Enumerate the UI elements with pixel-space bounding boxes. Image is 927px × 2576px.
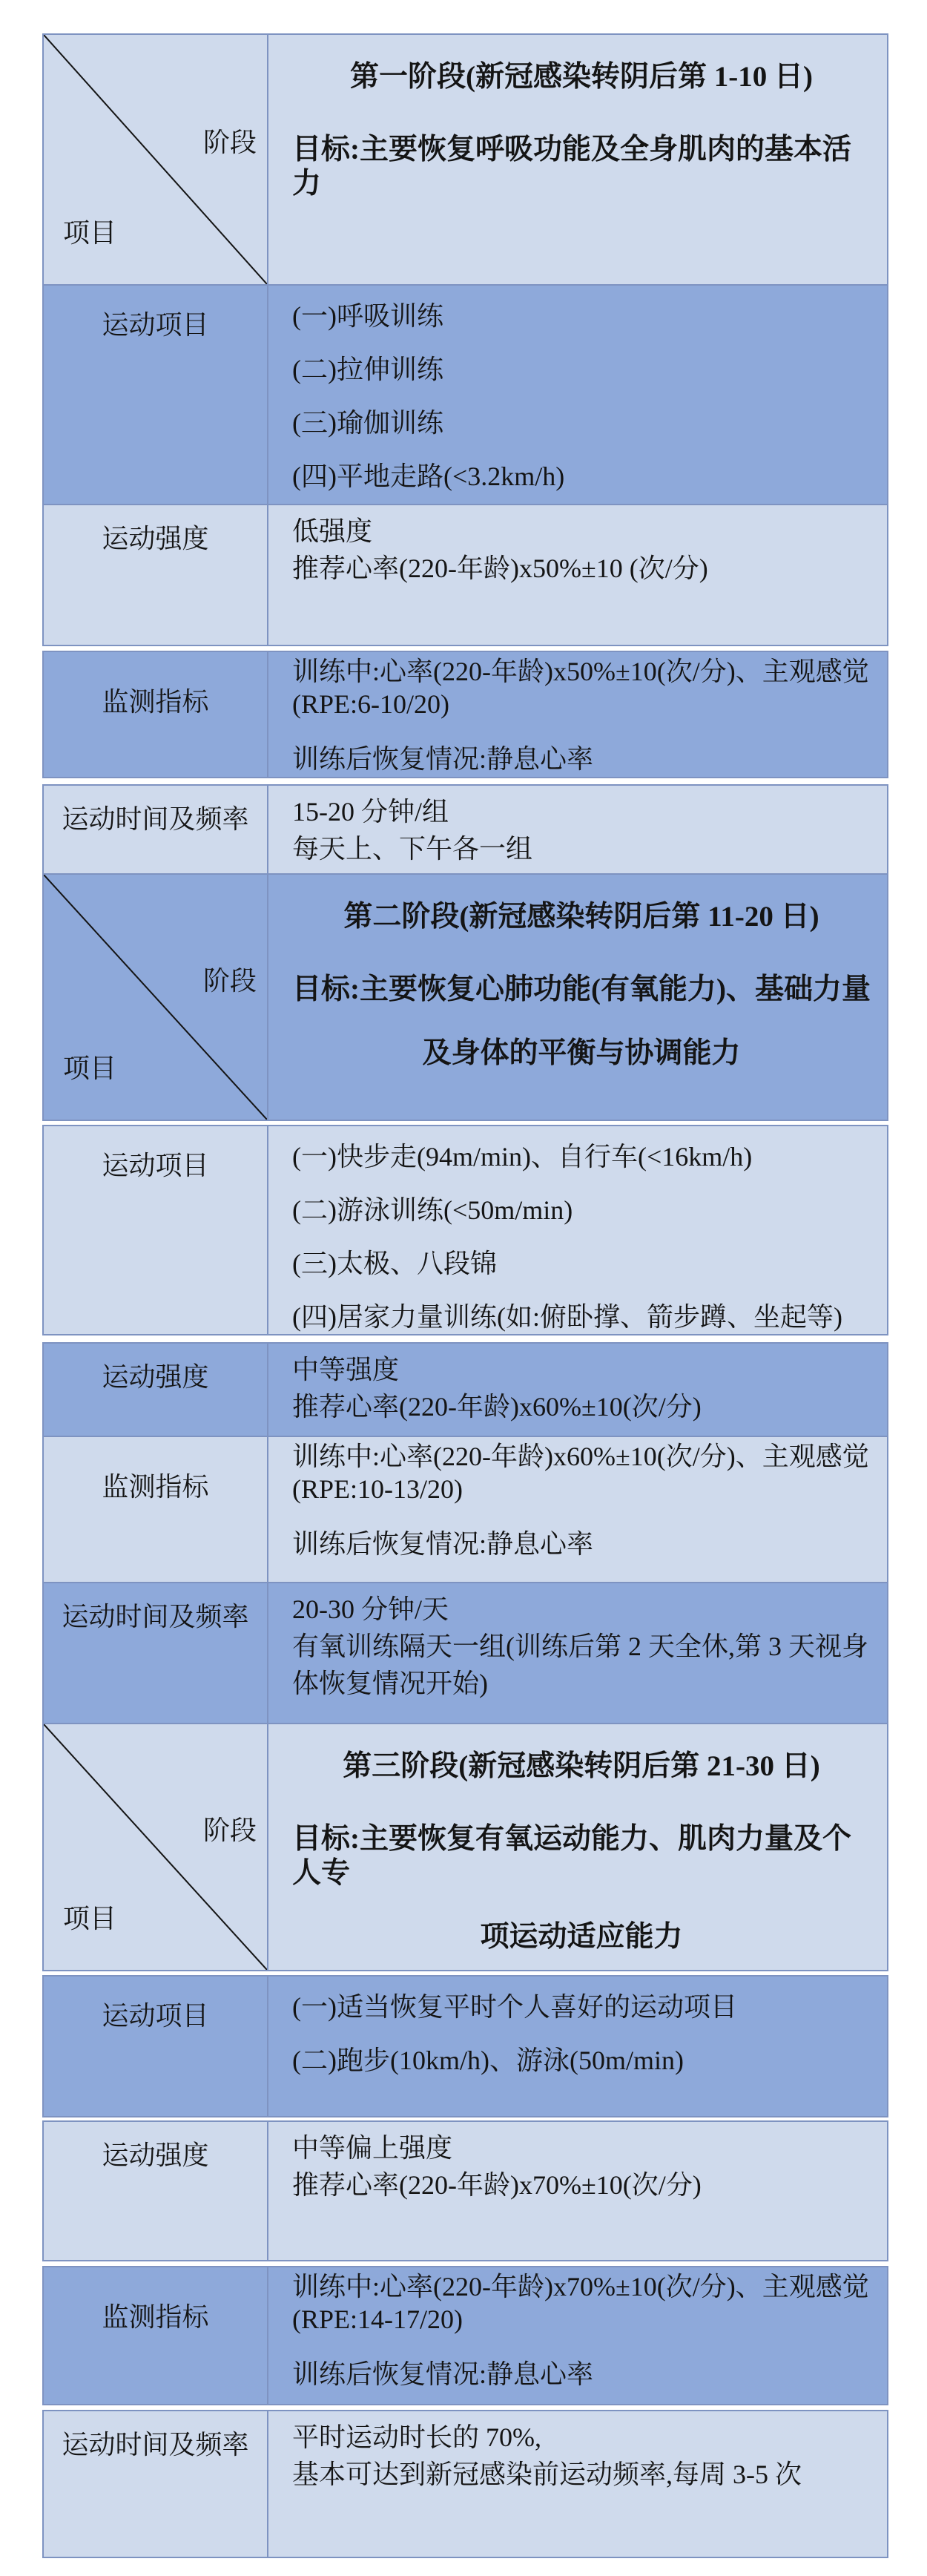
corner-header-cell: 阶段 项目 [44, 1724, 268, 1970]
stage-2-items-label: 运动项目 [44, 1126, 268, 1334]
intensity-line: 中等偏上强度 [292, 2129, 871, 2166]
monitor-after: 训练后恢复情况:静息心率 [292, 1528, 871, 1560]
stage-2-title: 第二阶段(新冠感染转阴后第 11-20 日) [292, 900, 871, 934]
stage-2-time-label: 运动时间及频率 [44, 1583, 268, 1723]
intensity-line: 推荐心率(220-年龄)x50%±10 (次/分) [292, 550, 871, 587]
stage-1-time-label: 运动时间及频率 [44, 786, 268, 873]
stage-3-goal: 目标:主要恢复有氧运动能力、肌肉力量及个人专 [292, 1822, 871, 1890]
monitor-after: 训练后恢复情况:静息心率 [292, 2358, 871, 2391]
stage-3-time-label: 运动时间及频率 [44, 2411, 268, 2557]
stage-3-time-content: 平时运动时长的 70%, 基本可达到新冠感染前运动频率,每周 3-5 次 [268, 2411, 887, 2557]
time-line: 15-20 分钟/组 [292, 793, 871, 830]
stage-2-monitor-content: 训练中:心率(220-年龄)x60%±10(次/分)、主观感觉 (RPE:10-… [268, 1437, 887, 1582]
stage-3-intensity-content: 中等偏上强度 推荐心率(220-年龄)x70%±10(次/分) [268, 2122, 887, 2260]
stage-2-goal-line2: 及身体的平衡与协调能力 [292, 1036, 871, 1071]
intensity-line: 中等强度 [292, 1351, 871, 1388]
intensity-line: 推荐心率(220-年龄)x60%±10(次/分) [292, 1388, 871, 1425]
stage-1-intensity-label: 运动强度 [44, 505, 268, 645]
recovery-plan-table: 阶段 项目 第一阶段(新冠感染转阴后第 1-10 日) 目标:主要恢复呼吸功能及… [42, 33, 888, 2558]
time-line: 每天上、下午各一组 [292, 830, 871, 867]
stage-2-header-content: 第二阶段(新冠感染转阴后第 11-20 日) 目标:主要恢复心肺功能(有氧能力)… [268, 875, 887, 1120]
list-item: (二)跑步(10km/h)、游泳(50m/min) [292, 2045, 871, 2076]
stage-2-intensity-label: 运动强度 [44, 1344, 268, 1436]
stage-1-items-row: 运动项目 (一)呼吸训练 (二)拉伸训练 (三)瑜伽训练 (四)平地走路(<3.… [44, 284, 887, 504]
stage-2-goal: 目标:主要恢复心肺功能(有氧能力)、基础力量 [292, 973, 871, 1007]
stage-1-header-content: 第一阶段(新冠感染转阴后第 1-10 日) 目标:主要恢复呼吸功能及全身肌肉的基… [268, 35, 887, 284]
stage-3-header-row: 阶段 项目 第三阶段(新冠感染转阴后第 21-30 日) 目标:主要恢复有氧运动… [44, 1723, 887, 1970]
stage-1-header-row: 阶段 项目 第一阶段(新冠感染转阴后第 1-10 日) 目标:主要恢复呼吸功能及… [44, 35, 887, 284]
stage-3-monitor-label: 监测指标 [44, 2267, 268, 2404]
stage-2-time-content: 20-30 分钟/天 有氧训练隔天一组(训练后第 2 天全休,第 3 天视身体恢… [268, 1583, 887, 1723]
corner-header-cell: 阶段 项目 [44, 35, 268, 284]
segment-stage3-intensity: 运动强度 中等偏上强度 推荐心率(220-年龄)x70%±10(次/分) [42, 2120, 888, 2261]
segment-stage2-body-stage3-header: 运动强度 中等强度 推荐心率(220-年龄)x60%±10(次/分) 监测指标 … [42, 1342, 888, 1971]
stage-2-intensity-row: 运动强度 中等强度 推荐心率(220-年龄)x60%±10(次/分) [44, 1344, 887, 1436]
stage-1-monitor-row: 监测指标 训练中:心率(220-年龄)x50%±10(次/分)、主观感觉 (RP… [44, 652, 887, 777]
time-line: 平时运动时长的 70%, [292, 2419, 871, 2456]
time-line: 基本可达到新冠感染前运动频率,每周 3-5 次 [292, 2456, 871, 2493]
corner-item-label: 项目 [63, 217, 116, 249]
stage-1-intensity-row: 运动强度 低强度 推荐心率(220-年龄)x50%±10 (次/分) [44, 504, 887, 645]
list-item: (四)平地走路(<3.2km/h) [292, 461, 871, 492]
stage-3-items-content: (一)适当恢复平时个人喜好的运动项目 (二)跑步(10km/h)、游泳(50m/… [268, 1977, 887, 2116]
stage-1-time-content: 15-20 分钟/组 每天上、下午各一组 [268, 786, 887, 873]
segment-stage1-monitor: 监测指标 训练中:心率(220-年龄)x50%±10(次/分)、主观感觉 (RP… [42, 651, 888, 778]
corner-stage-label: 阶段 [203, 1815, 257, 1846]
stage-3-monitor-row: 监测指标 训练中:心率(220-年龄)x70%±10(次/分)、主观感觉 (RP… [44, 2267, 887, 2404]
stage-2-header-row: 阶段 项目 第二阶段(新冠感染转阴后第 11-20 日) 目标:主要恢复心肺功能… [44, 873, 887, 1120]
segment-stage1-time-stage2-header: 运动时间及频率 15-20 分钟/组 每天上、下午各一组 阶段 项目 第二阶段(… [42, 784, 888, 1121]
stage-1-items-content: (一)呼吸训练 (二)拉伸训练 (三)瑜伽训练 (四)平地走路(<3.2km/h… [268, 286, 887, 504]
corner-item-label: 项目 [63, 1903, 116, 1934]
stage-1-intensity-content: 低强度 推荐心率(220-年龄)x50%±10 (次/分) [268, 505, 887, 645]
stage-3-intensity-row: 运动强度 中等偏上强度 推荐心率(220-年龄)x70%±10(次/分) [44, 2122, 887, 2260]
corner-stage-label: 阶段 [203, 127, 257, 158]
corner-stage-label: 阶段 [203, 965, 257, 996]
stage-2-monitor-row: 监测指标 训练中:心率(220-年龄)x60%±10(次/分)、主观感觉 (RP… [44, 1436, 887, 1582]
stage-1-monitor-label: 监测指标 [44, 652, 268, 777]
monitor-during: 训练中:心率(220-年龄)x60%±10(次/分)、主观感觉 (RPE:10-… [292, 1440, 871, 1505]
stage-2-monitor-label: 监测指标 [44, 1437, 268, 1582]
corner-header-cell: 阶段 项目 [44, 875, 268, 1120]
list-item: (一)适当恢复平时个人喜好的运动项目 [292, 1991, 871, 2023]
list-item: (三)瑜伽训练 [292, 407, 871, 438]
intensity-line: 低强度 [292, 513, 871, 550]
segment-stage3-monitor: 监测指标 训练中:心率(220-年龄)x70%±10(次/分)、主观感觉 (RP… [42, 2266, 888, 2405]
segment-stage3-items: 运动项目 (一)适当恢复平时个人喜好的运动项目 (二)跑步(10km/h)、游泳… [42, 1975, 888, 2117]
list-item: (三)太极、八段锦 [292, 1248, 871, 1279]
list-item: (一)快步走(94m/min)、自行车(<16km/h) [292, 1141, 871, 1172]
stage-1-items-label: 运动项目 [44, 286, 268, 504]
stage-3-time-row: 运动时间及频率 平时运动时长的 70%, 基本可达到新冠感染前运动频率,每周 3… [44, 2411, 887, 2557]
list-item: (四)居家力量训练(如:俯卧撑、箭步蹲、坐起等) [292, 1301, 871, 1333]
list-item: (二)游泳训练(<50m/min) [292, 1195, 871, 1226]
segment-stage2-items: 运动项目 (一)快步走(94m/min)、自行车(<16km/h) (二)游泳训… [42, 1125, 888, 1335]
list-item: (一)呼吸训练 [292, 300, 871, 332]
corner-item-label: 项目 [63, 1053, 116, 1084]
stage-1-goal: 目标:主要恢复呼吸功能及全身肌肉的基本活力 [292, 133, 871, 201]
list-item: (二)拉伸训练 [292, 354, 871, 385]
stage-3-items-row: 运动项目 (一)适当恢复平时个人喜好的运动项目 (二)跑步(10km/h)、游泳… [44, 1977, 887, 2116]
monitor-after: 训练后恢复情况:静息心率 [292, 743, 871, 775]
stage-1-monitor-content: 训练中:心率(220-年龄)x50%±10(次/分)、主观感觉 (RPE:6-1… [268, 652, 887, 777]
stage-3-monitor-content: 训练中:心率(220-年龄)x70%±10(次/分)、主观感觉 (RPE:14-… [268, 2267, 887, 2404]
monitor-during: 训练中:心率(220-年龄)x50%±10(次/分)、主观感觉 (RPE:6-1… [292, 655, 871, 720]
time-line: 有氧训练隔天一组(训练后第 2 天全休,第 3 天视身体恢复情况开始) [292, 1628, 871, 1702]
intensity-line: 推荐心率(220-年龄)x70%±10(次/分) [292, 2166, 871, 2204]
segment-stage3-time: 运动时间及频率 平时运动时长的 70%, 基本可达到新冠感染前运动频率,每周 3… [42, 2410, 888, 2558]
time-line: 20-30 分钟/天 [292, 1591, 871, 1628]
stage-3-header-content: 第三阶段(新冠感染转阴后第 21-30 日) 目标:主要恢复有氧运动能力、肌肉力… [268, 1724, 887, 1970]
segment-stage1-top: 阶段 项目 第一阶段(新冠感染转阴后第 1-10 日) 目标:主要恢复呼吸功能及… [42, 33, 888, 646]
stage-3-intensity-label: 运动强度 [44, 2122, 268, 2260]
stage-2-intensity-content: 中等强度 推荐心率(220-年龄)x60%±10(次/分) [268, 1344, 887, 1436]
monitor-during: 训练中:心率(220-年龄)x70%±10(次/分)、主观感觉 (RPE:14-… [292, 2270, 871, 2336]
stage-3-goal-line2: 项运动适应能力 [292, 1920, 871, 1954]
stage-1-title: 第一阶段(新冠感染转阴后第 1-10 日) [292, 60, 871, 94]
stage-2-time-row: 运动时间及频率 20-30 分钟/天 有氧训练隔天一组(训练后第 2 天全休,第… [44, 1582, 887, 1723]
stage-1-time-row: 运动时间及频率 15-20 分钟/组 每天上、下午各一组 [44, 786, 887, 873]
stage-3-title: 第三阶段(新冠感染转阴后第 21-30 日) [292, 1749, 871, 1784]
stage-2-items-row: 运动项目 (一)快步走(94m/min)、自行车(<16km/h) (二)游泳训… [44, 1126, 887, 1334]
stage-2-items-content: (一)快步走(94m/min)、自行车(<16km/h) (二)游泳训练(<50… [268, 1126, 887, 1334]
stage-3-items-label: 运动项目 [44, 1977, 268, 2116]
